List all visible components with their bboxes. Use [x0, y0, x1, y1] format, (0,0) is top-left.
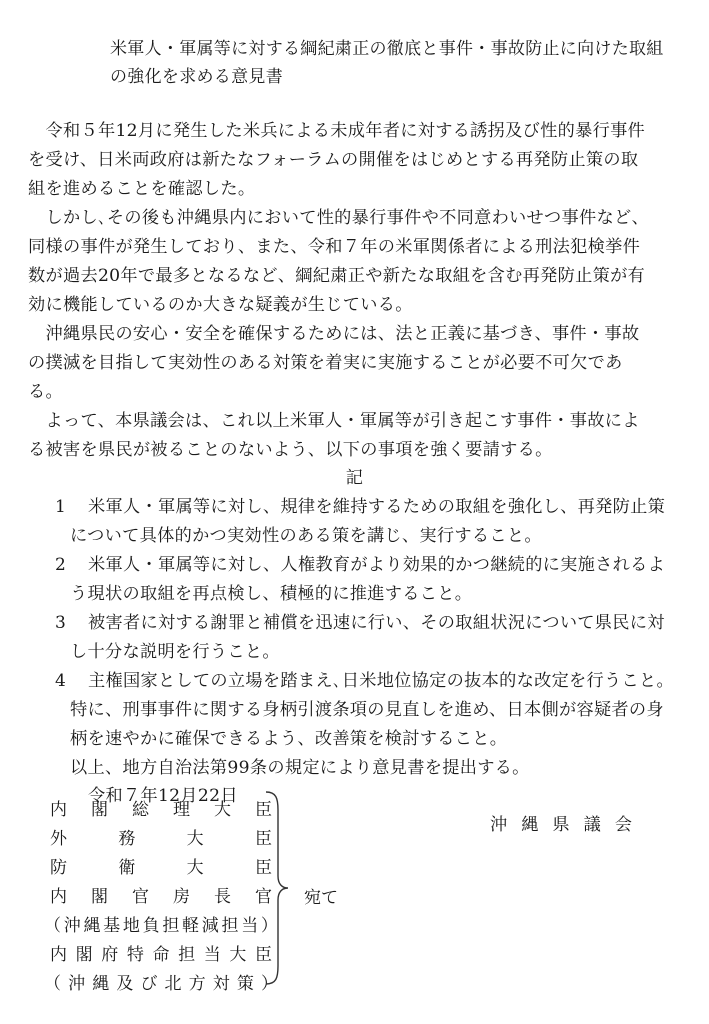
item-3-line: 被害者に対する謝罪と補償を迅速に行い、その取組状況について県民に対	[88, 613, 665, 633]
right-brace-icon	[262, 790, 292, 986]
item-3-line: し十分な説明を行うこと。	[70, 642, 280, 662]
issuer-name: 沖縄県議会	[490, 815, 646, 835]
recipient-foreign-minister: 外務大臣	[50, 829, 272, 849]
recipient-role-okinawa-base-burden: （沖縄基地負担軽減担当）	[44, 916, 278, 936]
item-4-line: 主権国家としての立場を踏まえ､日米地位協定の抜本的な改定を行うこと。	[88, 671, 674, 691]
item-number: 3	[55, 613, 66, 633]
item-1-line: について具体的かつ実効性のある策を講じ、実行すること。	[70, 526, 542, 546]
document-title-line-1: 米軍人・軍属等に対する綱紀粛正の徹底と事件・事故防止に向けた取組	[110, 39, 664, 59]
recipient-special-mission-minister: 内閣府特命担当大臣	[50, 945, 272, 965]
ki-heading: 記	[0, 468, 709, 488]
paragraph-1-line: 令和５年12月に発生した米兵による未成年者に対する誘拐及び性的暴行事件	[28, 121, 645, 141]
item-1-line: 米軍人・軍属等に対し、規律を維持するための取組を強化し、再発防止策	[88, 497, 665, 517]
item-2-line: 米軍人・軍属等に対し、人権教育がより効果的かつ継続的に実施されるよ	[88, 555, 665, 575]
paragraph-3-line: 沖縄県民の安心・安全を確保するためには、法と正義に基づき、事件・事故	[28, 324, 639, 344]
recipient-prime-minister: 内閣総理大臣	[50, 800, 272, 820]
item-number: 4	[55, 671, 66, 691]
item-4-line: 柄を速やかに確保できるよう、改善策を検討すること。	[70, 729, 507, 749]
addressee-suffix: 宛て	[304, 888, 338, 908]
recipient-chief-cabinet-secretary: 内閣官房長官	[50, 887, 272, 907]
paragraph-1-line: を受け、日米両政府は新たなフォーラムの開催をはじめとする再発防止策の取	[28, 150, 638, 170]
paragraph-4-line: よって、本県議会は、これ以上米軍人・軍属等が引き起こす事件・事故によ	[28, 411, 640, 431]
item-4-line: 特に、刑事事件に関する身柄引渡条項の見直しを進め、日本側が容疑者の身	[70, 700, 664, 720]
recipient-defense-minister: 防衛大臣	[50, 858, 272, 878]
paragraph-3-line: の撲滅を目指して実効性のある対策を着実に実施することが必要不可欠であ	[28, 353, 623, 373]
paragraph-1-line: 組を進めることを確認した。	[28, 179, 255, 199]
paragraph-4-line: る被害を県民が被ることのないよう、以下の事項を強く要請する。	[28, 440, 553, 460]
paragraph-2-line: 数が過去20年で最多となるなど、綱紀粛正や新たな取組を含む再発防止策が有	[28, 266, 645, 286]
closing-statement: 以上、地方自治法第99条の規定により意見書を提出する。	[70, 758, 530, 778]
item-number: 1	[55, 497, 66, 517]
paragraph-2-line: 効に機能しているのか大きな疑義が生じている。	[28, 295, 413, 315]
paragraph-2-line: しかし､その後も沖縄県内において性的暴行事件や不同意わいせつ事件など、	[28, 208, 649, 228]
recipient-role-okinawa-northern: （沖縄及び北方対策）	[44, 974, 278, 994]
document-title-line-2: の強化を求める意見書	[110, 67, 283, 87]
item-number: 2	[55, 555, 66, 575]
item-2-line: う現状の取組を再点検し、積極的に推進すること。	[70, 584, 472, 604]
paragraph-3-line: る。	[28, 382, 63, 402]
paragraph-2-line: 同様の事件が発生しており、また、令和７年の米軍関係者による刑法犯検挙件	[28, 237, 640, 257]
document-page: 米軍人・軍属等に対する綱紀粛正の徹底と事件・事故防止に向けた取組 の強化を求める…	[0, 0, 709, 1024]
